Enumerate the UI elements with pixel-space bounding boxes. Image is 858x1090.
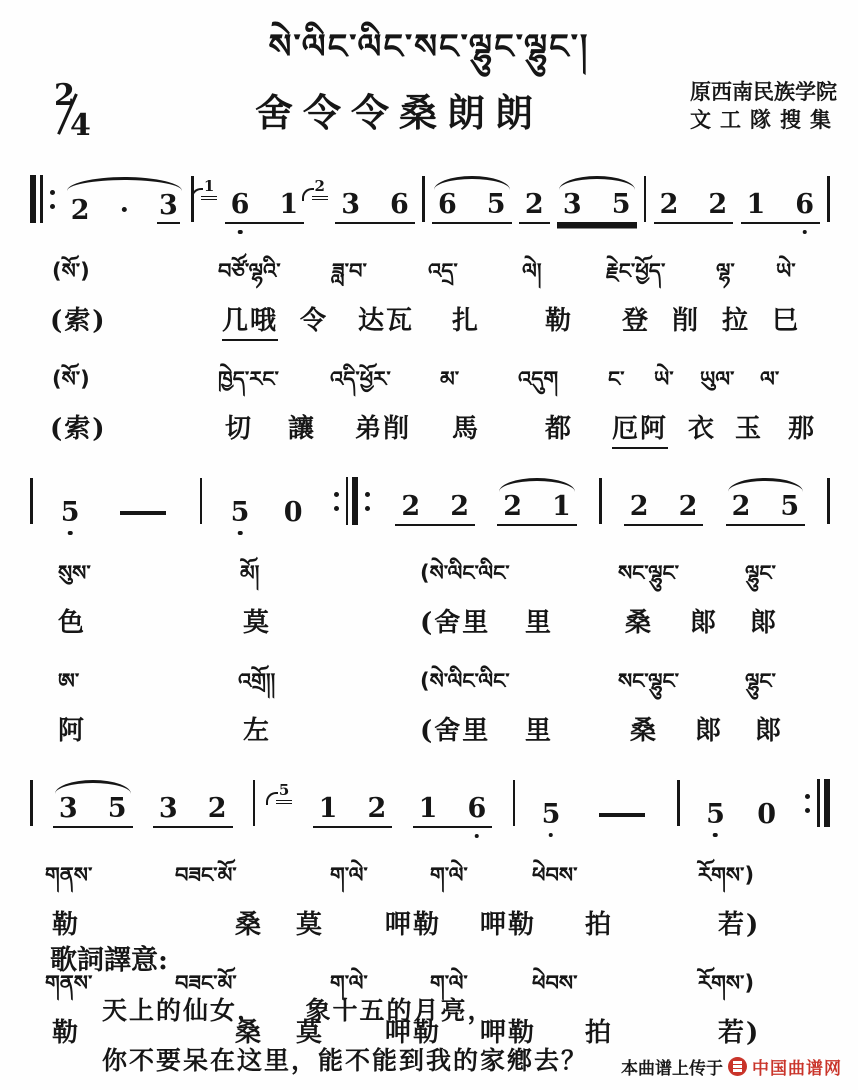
note-number: 5 — [485, 191, 508, 218]
lyric-syllable: 郞 — [695, 710, 723, 747]
note-number: 2 — [730, 493, 753, 520]
note-number: 6 — [229, 191, 252, 218]
lyric-syllable: 登 — [622, 300, 650, 337]
note-group: 0 — [751, 801, 782, 828]
lyric-syllable: (索) — [50, 408, 107, 445]
site-name: 中国曲谱网 — [752, 1054, 842, 1079]
barline — [827, 478, 830, 524]
lyric-syllable: 郞 — [690, 602, 718, 639]
note-group: 61 — [225, 191, 305, 224]
upload-note: 本曲谱上传于 — [621, 1054, 723, 1079]
lyric-syllable: 都 — [545, 408, 573, 445]
time-signature: 2 4 — [52, 84, 98, 146]
barline — [30, 478, 33, 524]
lyric-syllable: 阿 — [58, 710, 86, 747]
lyric-row-zh: (索)切讓弟削馬都厄阿衣玉那 — [0, 404, 858, 460]
dash-note — [120, 511, 166, 515]
barline — [253, 780, 256, 826]
note-group: 0 — [278, 499, 309, 526]
song-title: 舍令令桑朗朗 — [255, 82, 543, 137]
note-number: 5 — [59, 499, 82, 526]
note-number: 1 — [745, 191, 768, 218]
note-number: 2 — [523, 191, 546, 218]
lyric-syllable: 玉 — [735, 408, 763, 445]
lyric-syllable: 左 — [243, 710, 271, 747]
lyric-syllable: (索) — [50, 300, 107, 337]
barline — [817, 779, 820, 827]
lyric-row-zh: (索)几哦令达瓦扎勒登削拉巳 — [0, 296, 858, 352]
lyric-syllable: (舍里 — [420, 710, 490, 747]
note-group: 35 — [557, 191, 637, 224]
grace-note: 5 — [276, 781, 292, 804]
barline — [677, 780, 680, 826]
header-row: 2 4 舍令令桑朗朗 原西南民族学院 文工隊搜集 — [0, 78, 858, 158]
note-group: 22 — [395, 493, 475, 526]
barline — [40, 175, 43, 223]
lyric-syllable: 莫 — [296, 904, 324, 941]
barline — [644, 176, 647, 222]
lyric-syllable: 里 — [525, 602, 553, 639]
note-number: 2 — [706, 191, 729, 218]
lyric-syllable: (舍里 — [420, 602, 490, 639]
note-number: 3 — [57, 795, 80, 822]
note-group: 5 — [700, 801, 731, 828]
augmentation-dot: · — [118, 197, 131, 224]
note-number: 3 — [339, 191, 362, 218]
site-logo-icon — [728, 1057, 747, 1076]
lyric-syllable: 削 — [672, 300, 700, 337]
note-number: 6 — [465, 795, 488, 822]
barline — [824, 779, 830, 827]
barline — [422, 176, 425, 222]
dash-note — [599, 813, 645, 817]
watermark: 本曲谱上传于 中国曲谱网 — [621, 1054, 842, 1079]
lyric-row-bo: ཨ་འགྲོ།།(སེ་ལིང་ལིང་སང་ལྷུང་ལྷུང་ — [0, 654, 858, 706]
lyric-syllable: 讓 — [288, 408, 316, 445]
note-group: 5 — [55, 499, 86, 526]
note-group: 2·3 — [65, 192, 184, 224]
note-number: 2 — [399, 493, 422, 520]
lyric-syllable: 扎 — [452, 300, 480, 337]
note-group: 35 — [53, 795, 133, 828]
lyric-syllable: 勒 — [52, 904, 80, 941]
note-group: 25 — [726, 493, 806, 526]
barline — [30, 780, 33, 826]
note-group: 32 — [153, 795, 233, 828]
note-number: 1 — [417, 795, 440, 822]
note-number: 6 — [388, 191, 411, 218]
note-number: 2 — [501, 493, 524, 520]
note-number: 0 — [755, 801, 778, 828]
barline — [30, 175, 36, 223]
repeat-dots — [334, 492, 339, 511]
note-group: 5 — [225, 499, 256, 526]
note-group — [108, 511, 178, 526]
lyric-syllable: 呷勒 — [385, 904, 441, 941]
note-number: 0 — [282, 499, 305, 526]
system-1: 2·3161236652352216(སོ་)བཙོ་ལྷའི་ཟླ་བ་འདྲ… — [0, 158, 858, 460]
barline — [352, 477, 358, 525]
lyric-row-bo: (སོ་)ཁྱེད་རང་འདི་ཕྱོར་མ་འདུགང་ཡེ་ཡུལ་ལ་ — [0, 352, 858, 404]
lyric-syllable: 衣 — [688, 408, 716, 445]
lyric-syllable: 那 — [788, 408, 816, 445]
note-number: 6 — [793, 191, 816, 218]
note-group — [587, 813, 657, 828]
note-number: 2 — [628, 493, 651, 520]
translation-line-1: 天上的仙女， 象十五的月亮， — [102, 991, 858, 1027]
note-group: 12 — [313, 795, 393, 828]
lyric-syllable: 莫 — [243, 602, 271, 639]
lyric-syllable: 拍 — [585, 904, 613, 941]
repeat-dots — [365, 492, 370, 511]
note-number: 3 — [157, 192, 180, 224]
note-group: 21 — [497, 493, 577, 526]
note-number: 3 — [561, 191, 584, 218]
note-number: 5 — [778, 493, 801, 520]
note-number: 5 — [610, 191, 633, 218]
lyric-row-bo: སུས་མོ།(སེ་ལིང་ལིང་སང་ལྷུང་ལྷུང་ — [0, 546, 858, 598]
lyric-syllable: 令 — [300, 300, 328, 337]
note-group: 65 — [432, 191, 512, 224]
note-number: 1 — [277, 191, 300, 218]
note-number: 2 — [69, 197, 92, 224]
lyric-syllable: 几哦 — [222, 300, 278, 341]
lyric-syllable: 郞 — [750, 602, 778, 639]
note-group: 5 — [536, 801, 567, 828]
notation-line: 353251216550 — [0, 762, 858, 848]
lyric-row-zh: 色莫(舍里里桑郞郞 — [0, 598, 858, 654]
grace-note: 2 — [312, 177, 328, 200]
lyric-row-bo: གནས་བཟང་མོ་ག་ལེ་ག་ལེ་ཕེབས་རོགས་) — [0, 848, 858, 900]
sheet-music-page: སེ་ལིང་ལིང་སང་ལྷུང་ལྷུང་། 2 4 舍令令桑朗朗 原西南… — [0, 0, 858, 1090]
note-group: 36 — [335, 191, 415, 224]
note-number: 5 — [704, 801, 727, 828]
lyric-syllable: 桑 — [625, 602, 653, 639]
time-signature-denominator: 4 — [70, 108, 91, 143]
note-group: 22 — [624, 493, 704, 526]
lyric-syllable: 切 — [225, 408, 253, 445]
barline — [200, 478, 203, 524]
repeat-dots — [805, 794, 810, 813]
repeat-end-sign — [802, 778, 830, 828]
notation-line: 55022212225 — [0, 460, 858, 546]
footer: 歌詞譯意: 天上的仙女， 象十五的月亮， 你不要呆在这里，能不能到我的家鄕去？ … — [0, 938, 858, 1077]
note-group: 16 — [741, 191, 821, 224]
note-number: 5 — [106, 795, 129, 822]
score: 2·3161236652352216(སོ་)བཙོ་ལྷའི་ཟླ་བ་འདྲ… — [0, 158, 858, 1064]
note-number: 2 — [658, 191, 681, 218]
lyric-syllable: 郞 — [755, 710, 783, 747]
note-number: 6 — [436, 191, 459, 218]
collector-credit: 原西南民族学院 文工隊搜集 — [690, 78, 840, 135]
note-number: 2 — [448, 493, 471, 520]
lyric-syllable: 里 — [525, 710, 553, 747]
barline — [599, 478, 602, 524]
note-number: 2 — [365, 795, 388, 822]
lyric-syllable: 色 — [58, 602, 86, 639]
repeat-begin-sign — [30, 174, 58, 224]
lyric-syllable: 桑 — [630, 710, 658, 747]
lyric-row-zh: 阿左(舍里里桑郞郞 — [0, 706, 858, 762]
note-number: 1 — [550, 493, 573, 520]
system-2: 55022212225སུས་མོ།(སེ་ལིང་ལིང་སང་ལྷུང་ལྷ… — [0, 460, 858, 762]
note-group: 22 — [654, 191, 734, 224]
credit-line-2: 文工隊搜集 — [690, 106, 840, 134]
lyric-syllable: 弟削 — [355, 408, 411, 445]
notation-line: 2·3161236652352216 — [0, 158, 858, 244]
credit-line-1: 原西南民族学院 — [690, 78, 840, 106]
lyric-syllable: 达瓦 — [358, 300, 414, 337]
lyric-syllable: 厄阿 — [612, 408, 668, 449]
lyric-syllable: 拉 — [722, 300, 750, 337]
barline — [827, 176, 830, 222]
lyric-syllable: 若) — [718, 904, 760, 941]
note-group: 16 — [413, 795, 493, 828]
lyric-syllable: 馬 — [452, 408, 480, 445]
lyric-row-bo: (སོ་)བཙོ་ལྷའི་ཟླ་བ་འདྲ་ལེ།རྗེང་ཕྱོད་ལྷ་ཡ… — [0, 244, 858, 296]
note-number: 2 — [206, 795, 229, 822]
note-group: 2 — [519, 191, 550, 224]
translation-heading: 歌詞譯意: — [50, 938, 858, 977]
note-number: 1 — [317, 795, 340, 822]
repeat-dots — [50, 190, 55, 209]
lyric-syllable: 桑 — [235, 904, 263, 941]
barline — [513, 780, 516, 826]
lyric-syllable: 勒 — [545, 300, 573, 337]
lyric-syllable: 呷勒 — [480, 904, 536, 941]
lyric-syllable: 巳 — [772, 300, 800, 337]
grace-note: 1 — [201, 177, 217, 200]
note-number: 3 — [157, 795, 180, 822]
note-number: 5 — [540, 801, 563, 828]
note-number: 2 — [677, 493, 700, 520]
note-number: 5 — [229, 499, 252, 526]
barline — [346, 477, 349, 525]
repeat-end-begin-sign — [331, 476, 374, 526]
